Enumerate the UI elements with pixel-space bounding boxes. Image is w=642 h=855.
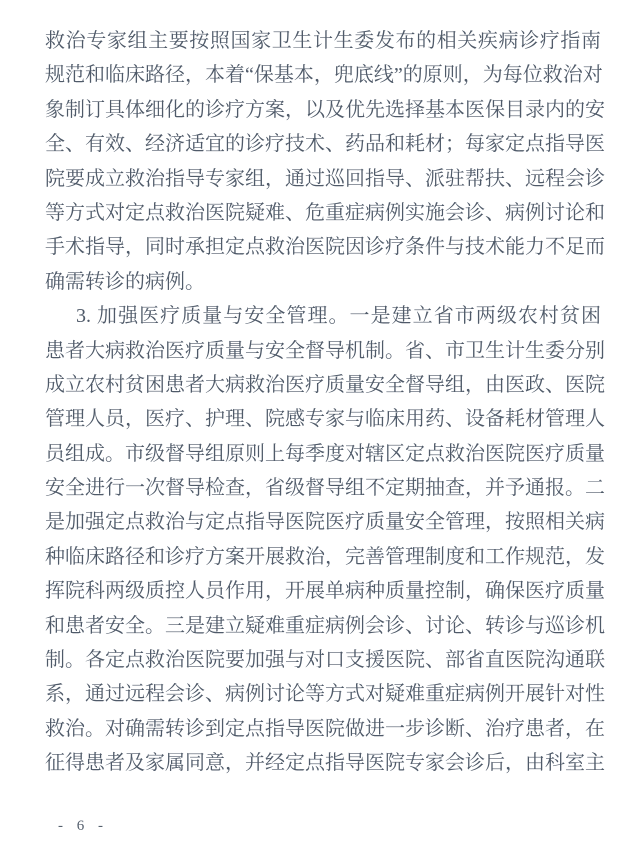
- text-line-p1-3: 象制订具体细化的诊疗方案，以及优先选择基本医保目录内的安: [45, 93, 601, 127]
- text-line-p1-1: 救治专家组主要按照国家卫生计生委发布的相关疾病诊疗指南: [45, 24, 601, 58]
- text-line-p1-2: 规范和临床路径，本着“保基本，兜底线”的原则，为每位救治对: [45, 58, 601, 92]
- text-line-p1-8: 确需转诊的病例。: [45, 265, 601, 299]
- text-line-p2-2: 患者大病救治医疗质量与安全督导机制。省、市卫生计生委分别: [45, 334, 601, 368]
- text-line-p2-1: 3. 加强医疗质量与安全管理。一是建立省市两级农村贫困: [45, 299, 601, 333]
- text-line-p2-6: 安全进行一次督导检查，省级督导组不定期抽查，并予通报。二: [45, 471, 601, 505]
- text-line-p1-5: 院要成立救治指导专家组，通过巡回指导、派驻帮扶、远程会诊: [45, 162, 601, 196]
- text-line-p2-5: 员组成。市级督导组原则上每季度对辖区定点救治医院医疗质量: [45, 437, 601, 471]
- text-line-p2-7: 是加强定点救治与定点指导医院医疗质量安全管理，按照相关病: [45, 505, 601, 539]
- text-line-p2-4: 管理人员，医疗、护理、院感专家与临床用药、设备耗材管理人: [45, 402, 601, 436]
- document-body: 救治专家组主要按照国家卫生计生委发布的相关疾病诊疗指南规范和临床路径，本着“保基…: [45, 24, 601, 781]
- document-page: 救治专家组主要按照国家卫生计生委发布的相关疾病诊疗指南规范和临床路径，本着“保基…: [0, 0, 642, 855]
- text-line-p2-14: 征得患者及家属同意，并经定点指导医院专家会诊后，由科室主: [45, 746, 601, 780]
- text-line-p1-7: 手术指导，同时承担定点救治医院因诊疗条件与技术能力不足而: [45, 230, 601, 264]
- text-line-p1-6: 等方式对定点救治医院疑难、危重症病例实施会诊、病例讨论和: [45, 196, 601, 230]
- text-line-p2-11: 制。各定点救治医院要加强与对口支援医院、部省直医院沟通联: [45, 643, 601, 677]
- text-line-p2-9: 挥院科两级质控人员作用，开展单病种质量控制，确保医疗质量: [45, 574, 601, 608]
- text-line-p1-4: 全、有效、经济适宜的诊疗技术、药品和耗材；每家定点指导医: [45, 127, 601, 161]
- page-number: - 6 -: [58, 818, 108, 835]
- text-line-p2-12: 系，通过远程会诊、病例讨论等方式对疑难重症病例开展针对性: [45, 677, 601, 711]
- text-line-p2-10: 和患者安全。三是建立疑难重症病例会诊、讨论、转诊与巡诊机: [45, 609, 601, 643]
- text-line-p2-8: 种临床路径和诊疗方案开展救治，完善管理制度和工作规范，发: [45, 540, 601, 574]
- text-line-p2-3: 成立农村贫困患者大病救治医疗质量安全督导组，由医政、医院: [45, 368, 601, 402]
- text-line-p2-13: 救治。对确需转诊到定点指导医院做进一步诊断、治疗患者，在: [45, 712, 601, 746]
